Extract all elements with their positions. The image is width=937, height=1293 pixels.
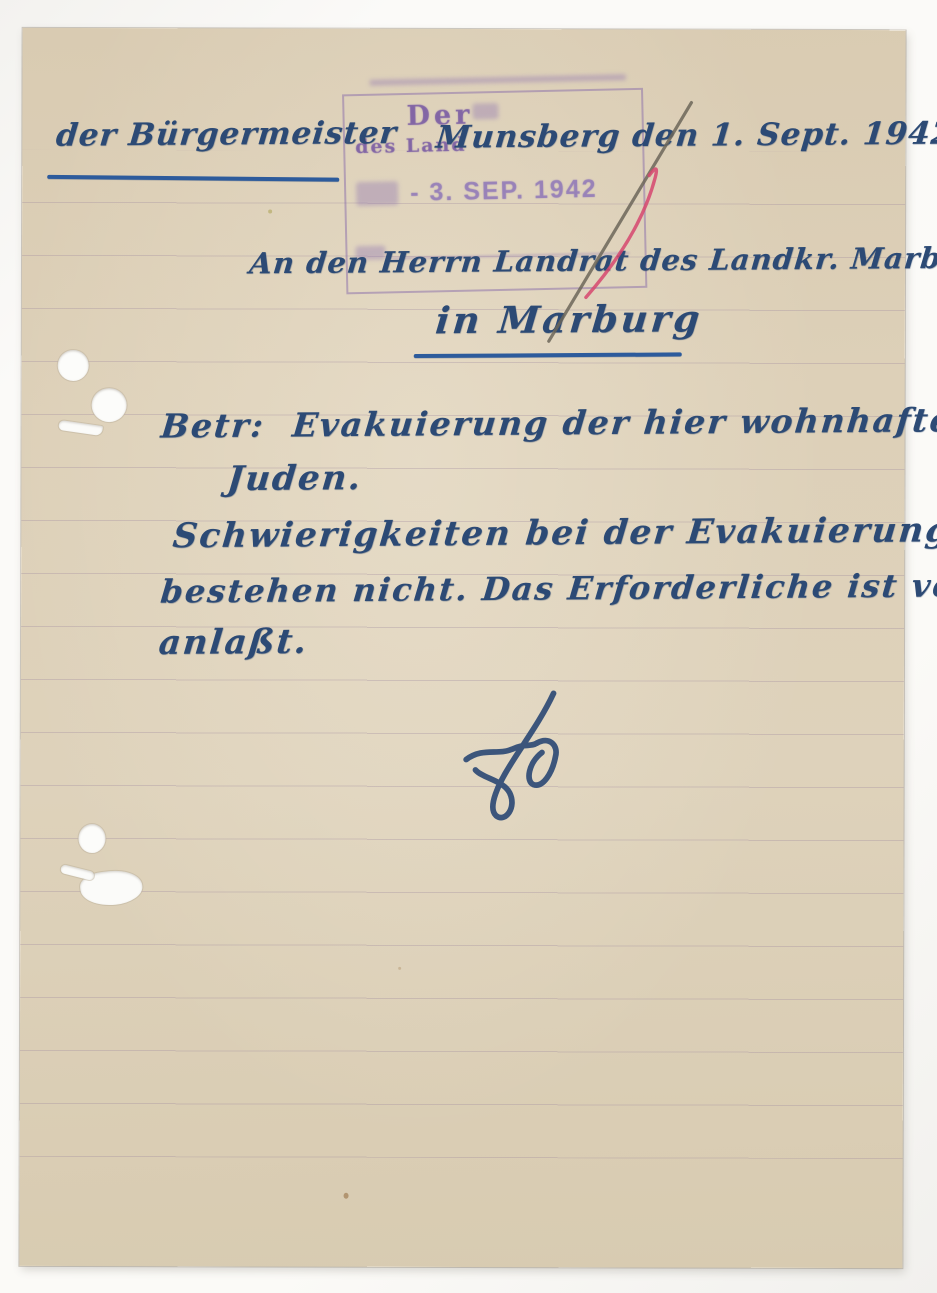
body-line-1: Schwierigkeiten bei der Evakuierung: [171, 510, 937, 556]
paper-fleck: [268, 209, 272, 213]
scanner-background: Der des Land - 3. SEP. 1942 der Bürgerme…: [0, 0, 937, 1293]
body-line-2: bestehen nicht. Das Erforderliche ist ve…: [159, 566, 937, 611]
subject-line-2: Juden.: [225, 458, 364, 499]
letter-page: Der des Land - 3. SEP. 1942 der Bürgerme…: [19, 28, 905, 1268]
paper-fleck: [398, 967, 401, 970]
paper-fleck: [344, 1193, 349, 1199]
punch-hole: [78, 824, 105, 853]
body-line-3: anlaßt.: [157, 622, 310, 663]
red-check-mark: [22, 28, 906, 430]
signature-scrawl: [462, 691, 582, 826]
